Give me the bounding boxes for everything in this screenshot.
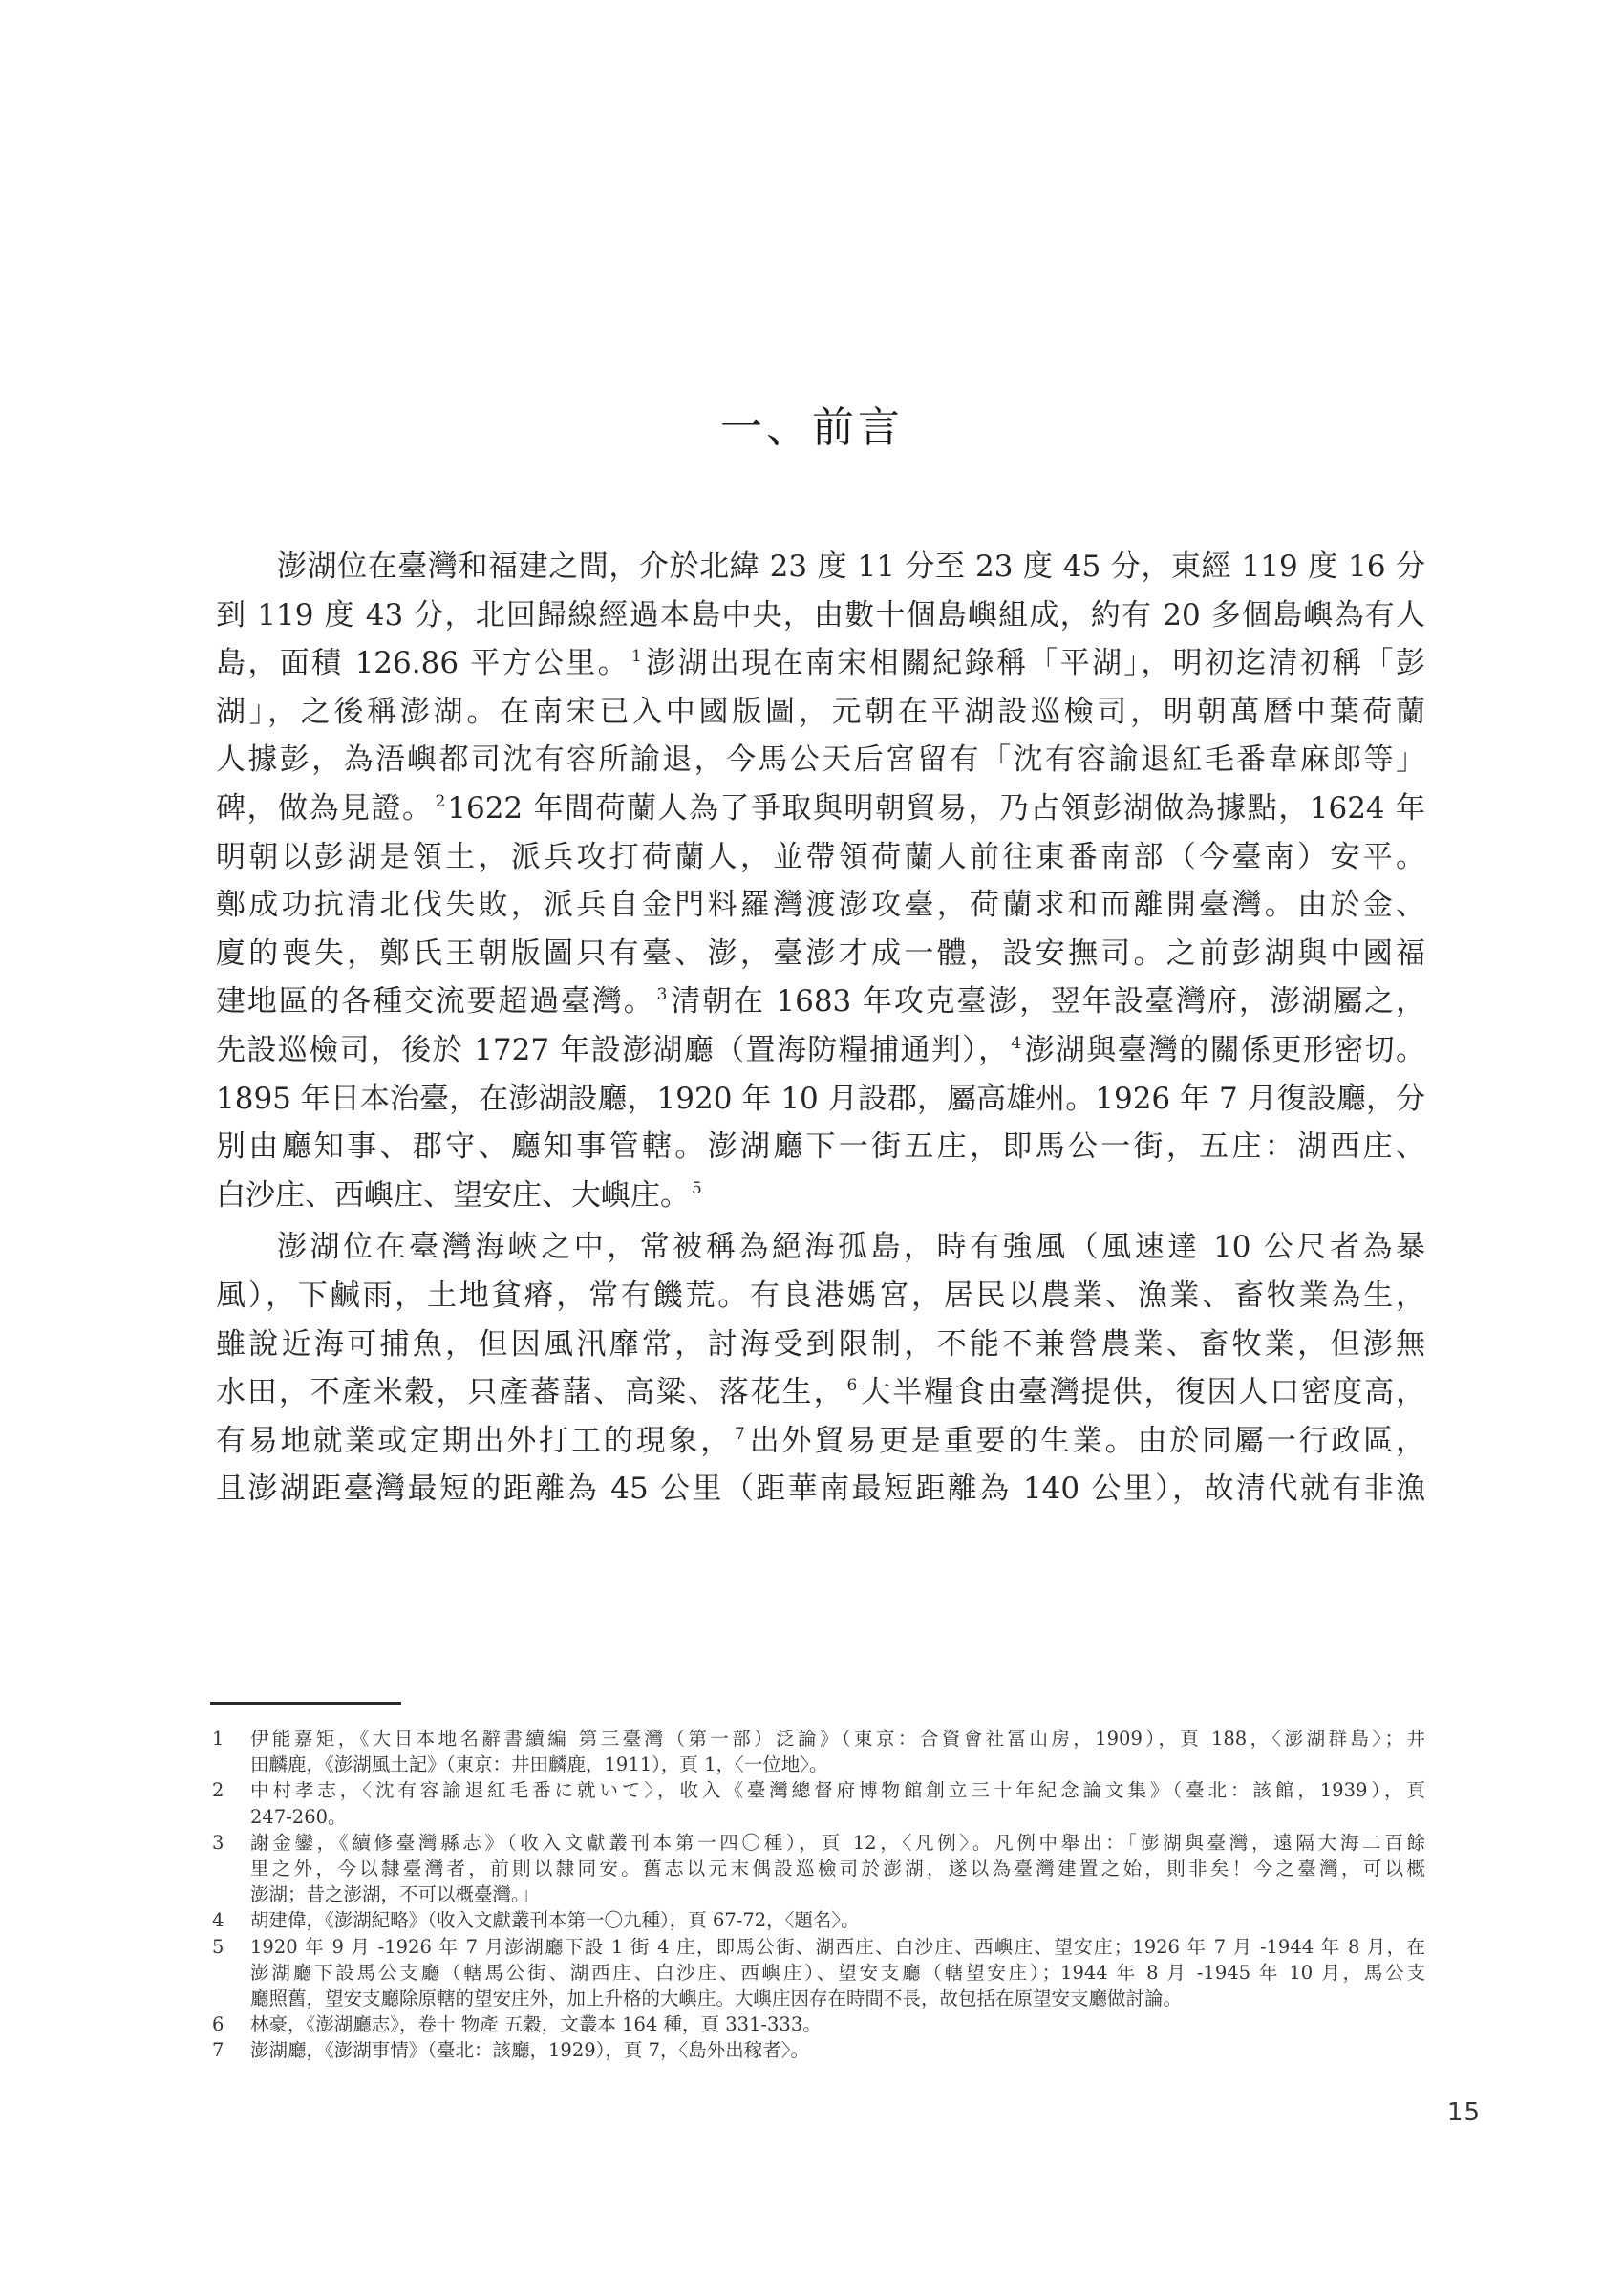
line-text: 澎湖位在臺灣和福建之間，介於北緯 23 度 11 分至 23 度 45 分，東經… [277,549,1425,584]
footnote-2: 2 中村孝志，〈沈有容諭退紅毛番に就いて〉，收入《臺灣總督府博物館創立三十年紀念… [212,1777,1425,1829]
footnote-ref-3[interactable]: 3 [655,985,670,1004]
line-text: 清朝在 1683 年攻克臺澎，翌年設臺灣府，澎湖屬之， [669,984,1425,1019]
line-text: 人據彭，為浯嶼都司沈有容所諭退，今馬公天后宮留有「沈有容諭退紅毛番韋麻郎等」 [216,742,1425,777]
footnote-number: 2 [212,1777,241,1803]
line-text: 碑，做為見證。 [216,791,433,826]
text-line: 水田，不產米穀，只產蕃藷、高粱、落花生，6大半糧食由臺灣提供，復因人口密度高， [216,1368,1425,1417]
footnote-line: 里之外，今以隸臺灣者，前則以隸同安。舊志以元末偶設巡檢司於澎湖，遂以為臺灣建置之… [250,1856,1425,1881]
line-text: 澎湖位在臺灣海峽之中，常被稱為絕海孤島，時有強風（風速達 10 公尺者為暴 [277,1230,1425,1264]
footnote-number: 6 [212,2011,241,2037]
text-line: 建地區的各種交流要超過臺灣。3清朝在 1683 年攻克臺澎，翌年設臺灣府，澎湖屬… [216,978,1425,1026]
footnote-7: 7 澎湖廳，《澎湖事情》（臺北：該廳，1929），頁 7，〈島外出稼者〉。 [212,2037,1425,2063]
footnote-line: 中村孝志，〈沈有容諭退紅毛番に就いて〉，收入《臺灣總督府博物館創立三十年紀念論文… [250,1777,1425,1803]
text-line: 風），下鹹雨，土地貧瘠，常有饑荒。有良港媽宮，居民以農業、漁業、畜牧業為生， [216,1272,1425,1321]
line-text: 水田，不產米穀，只產蕃藷、高粱、落花生， [216,1375,845,1409]
text-line: 碑，做為見證。21622 年間荷蘭人為了爭取與明朝貿易，乃占領彭湖做為據點，16… [216,784,1425,833]
footnote-line: 澎湖廳，《澎湖事情》（臺北：該廳，1929），頁 7，〈島外出稼者〉。 [250,2037,1425,2063]
text-line: 鄭成功抗清北伐失敗，派兵自金門料羅灣渡澎攻臺，荷蘭求和而離開臺灣。由於金、 [216,881,1425,930]
document-page: 一、前言 澎湖位在臺灣和福建之間，介於北緯 23 度 11 分至 23 度 45… [0,0,1624,2278]
footnote-line: 澎湖；昔之澎湖，不可以概臺灣。」 [250,1881,1425,1907]
footnote-line: 胡建偉，《澎湖紀略》（收入文獻叢刊本第一〇九種），頁 67-72，〈題名〉。 [250,1907,1425,1933]
text-line: 雖說近海可捕魚，但因風汛靡常，討海受到限制，不能不兼營農業、畜牧業，但澎無 [216,1321,1425,1369]
footnote-6: 6 林豪，《澎湖廳志》，卷十 物產 五穀，文叢本 164 種，頁 331-333… [212,2011,1425,2037]
footnote-ref-6[interactable]: 6 [845,1376,860,1395]
footnote-line: 1920 年 9 月 -1926 年 7 月澎湖廳下設 1 街 4 庄，即馬公街… [250,1934,1425,1960]
line-text: 到 119 度 43 分，北回歸線經過本島中央，由數十個島嶼組成，約有 20 多… [216,598,1425,633]
text-line: 有易地就業或定期出外打工的現象，7出外貿易更是重要的生業。由於同屬一行政區， [216,1417,1425,1466]
line-text: 島，面積 126.86 平方公里。 [216,646,630,680]
line-text: 雖說近海可捕魚，但因風汛靡常，討海受到限制，不能不兼營農業、畜牧業，但澎無 [216,1327,1425,1362]
footnote-ref-5[interactable]: 5 [690,1179,704,1198]
text-line: 人據彭，為浯嶼都司沈有容所諭退，今馬公天后宮留有「沈有容諭退紅毛番韋麻郎等」 [216,736,1425,784]
text-line: 廈的喪失，鄭氏王朝版圖只有臺、澎，臺澎才成一體，設安撫司。之前彭湖與中國福 [216,930,1425,978]
footnote-ref-1[interactable]: 1 [630,647,644,666]
body-text: 澎湖位在臺灣和福建之間，介於北緯 23 度 11 分至 23 度 45 分，東經… [216,543,1425,1514]
line-text: 有易地就業或定期出外打工的現象， [216,1424,733,1458]
line-text: 大半糧食由臺灣提供，復因人口密度高， [859,1375,1425,1409]
text-line: 島，面積 126.86 平方公里。1澎湖出現在南宋相關紀錄稱「平湖」，明初迄清初… [216,639,1425,688]
footnote-number: 4 [212,1907,241,1933]
line-text: 澎湖與臺灣的關係更形密切。 [1023,1033,1425,1067]
footnote-4: 4 胡建偉，《澎湖紀略》（收入文獻叢刊本第一〇九種），頁 67-72，〈題名〉。 [212,1907,1425,1933]
footnote-number: 7 [212,2037,241,2063]
page-number: 15 [1423,2098,1481,2127]
line-text: 且澎湖距臺灣最短的距離為 45 公里（距華南最短距離為 140 公里），故清代就… [216,1472,1425,1506]
text-line: 明朝以彭湖是領土，派兵攻打荷蘭人，並帶領荷蘭人前往東番南部（今臺南）安平。 [216,833,1425,882]
line-text: 別由廳知事、郡守、廳知事管轄。澎湖廳下一街五庄，即馬公一街，五庄：湖西庄、 [216,1129,1425,1164]
line-text: 建地區的各種交流要超過臺灣。 [216,984,655,1019]
footnote-line: 廳照舊，望安支廳除原轄的望安庄外，加上升格的大嶼庄。大嶼庄因存在時間不長，故包括… [250,1986,1425,2011]
footnotes-section: 1 伊能嘉矩，《大日本地名辭書續編 第三臺灣（第一部）泛論》（東京：合資會社冨山… [212,1726,1425,2064]
line-text: 出外貿易更是重要的生業。由於同屬一行政區， [747,1424,1425,1458]
footnote-line: 謝金鑾，《續修臺灣縣志》（收入文獻叢刊本第一四〇種），頁 12，〈凡例〉。凡例中… [250,1830,1425,1856]
paragraph-1: 澎湖位在臺灣和福建之間，介於北緯 23 度 11 分至 23 度 45 分，東經… [216,543,1425,1219]
line-text: 湖」，之後稱澎湖。在南宋已入中國版圖，元朝在平湖設巡檢司，明朝萬曆中葉荷蘭 [216,695,1425,729]
footnote-number: 1 [212,1726,241,1751]
footnote-number: 5 [212,1934,241,1960]
line-text: 鄭成功抗清北伐失敗，派兵自金門料羅灣渡澎攻臺，荷蘭求和而離開臺灣。由於金、 [216,888,1425,922]
footnote-ref-4[interactable]: 4 [1009,1034,1023,1053]
footnote-1: 1 伊能嘉矩，《大日本地名辭書續編 第三臺灣（第一部）泛論》（東京：合資會社冨山… [212,1726,1425,1777]
text-line: 澎湖位在臺灣海峽之中，常被稱為絕海孤島，時有強風（風速達 10 公尺者為暴 [216,1223,1425,1272]
footnote-line: 田麟鹿，《澎湖風土記》（東京：井田麟鹿，1911），頁 1，〈一位地〉。 [250,1751,1425,1777]
footnote-divider [210,1702,401,1705]
footnote-5: 5 1920 年 9 月 -1926 年 7 月澎湖廳下設 1 街 4 庄，即馬… [212,1934,1425,2012]
line-text: 先設巡檢司，後於 1727 年設澎湖廳（置海防糧捕通判）， [216,1033,1009,1067]
line-text: 廈的喪失，鄭氏王朝版圖只有臺、澎，臺澎才成一體，設安撫司。之前彭湖與中國福 [216,936,1425,971]
footnote-3: 3 謝金鑾，《續修臺灣縣志》（收入文獻叢刊本第一四〇種），頁 12，〈凡例〉。凡… [212,1830,1425,1908]
text-line: 澎湖位在臺灣和福建之間，介於北緯 23 度 11 分至 23 度 45 分，東經… [216,543,1425,591]
footnote-line: 247-260。 [250,1804,1425,1830]
line-text: 白沙庄、西嶼庄、望安庄、大嶼庄。 [216,1178,690,1213]
text-line: 湖」，之後稱澎湖。在南宋已入中國版圖，元朝在平湖設巡檢司，明朝萬曆中葉荷蘭 [216,688,1425,737]
section-title: 一、前言 [0,399,1624,457]
line-text: 澎湖出現在南宋相關紀錄稱「平湖」，明初迄清初稱「彭 [644,646,1425,680]
footnote-number: 3 [212,1830,241,1856]
text-line: 先設巡檢司，後於 1727 年設澎湖廳（置海防糧捕通判），4澎湖與臺灣的關係更形… [216,1026,1425,1075]
text-line: 別由廳知事、郡守、廳知事管轄。澎湖廳下一街五庄，即馬公一街，五庄：湖西庄、 [216,1123,1425,1171]
footnote-line: 伊能嘉矩，《大日本地名辭書續編 第三臺灣（第一部）泛論》（東京：合資會社冨山房，… [250,1726,1425,1751]
text-line: 且澎湖距臺灣最短的距離為 45 公里（距華南最短距離為 140 公里），故清代就… [216,1465,1425,1514]
line-text: 1622 年間荷蘭人為了爭取與明朝貿易，乃占領彭湖做為據點，1624 年 [447,791,1425,826]
text-line: 到 119 度 43 分，北回歸線經過本島中央，由數十個島嶼組成，約有 20 多… [216,591,1425,640]
line-text: 風），下鹹雨，土地貧瘠，常有饑荒。有良港媽宮，居民以農業、漁業、畜牧業為生， [216,1279,1425,1313]
footnote-ref-7[interactable]: 7 [733,1425,747,1444]
paragraph-2: 澎湖位在臺灣海峽之中，常被稱為絕海孤島，時有強風（風速達 10 公尺者為暴 風）… [216,1223,1425,1514]
footnote-line: 澎湖廳下設馬公支廳（轄馬公街、湖西庄、白沙庄、西嶼庄）、望安支廳（轄望安庄）；1… [250,1960,1425,1986]
footnote-line: 林豪，《澎湖廳志》，卷十 物產 五穀，文叢本 164 種，頁 331-333。 [250,2011,1425,2037]
line-text: 1895 年日本治臺，在澎湖設廳，1920 年 10 月設郡，屬高雄州。1926… [216,1082,1425,1116]
text-line: 白沙庄、西嶼庄、望安庄、大嶼庄。5 [216,1171,1425,1220]
footnote-ref-2[interactable]: 2 [433,792,447,811]
text-line: 1895 年日本治臺，在澎湖設廳，1920 年 10 月設郡，屬高雄州。1926… [216,1075,1425,1124]
line-text: 明朝以彭湖是領土，派兵攻打荷蘭人，並帶領荷蘭人前往東番南部（今臺南）安平。 [216,840,1425,874]
